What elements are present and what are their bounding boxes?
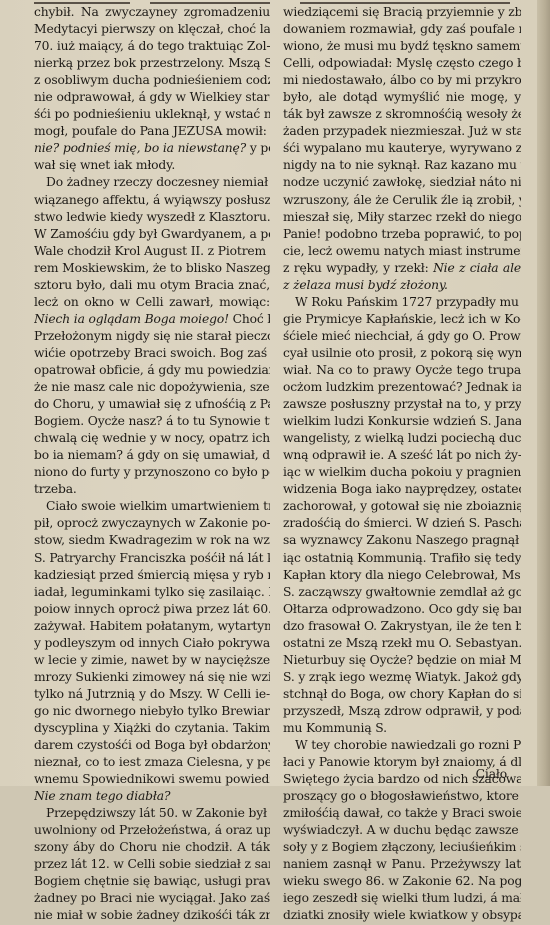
text-line: wićie opotrzeby Braci swoich. Bog zaś ie <box>34 345 270 362</box>
text-line: Bogiem. Oycże nasz? á to tu Synowie twoi <box>34 413 270 430</box>
text-line: niono do furty y przynoszono co było po- <box>34 464 270 481</box>
text-line: śći wypalano mu kauterye, wyrywano zęby, <box>283 140 521 157</box>
text-line: ták był zawsze z skromnośćią wesoły że g… <box>283 106 521 123</box>
text-line: zawsze posłuszny przystał na to, y przy <box>283 396 521 413</box>
text-line: Kapłan ktory dla niego Celebrował, Mszą <box>283 567 521 584</box>
text-line: bo ia niemam? á gdy on się umawiał, dzwo… <box>34 447 270 464</box>
text-line: W Roku Pańskim 1727 przypadły mu dru- <box>283 294 521 311</box>
text-line: dyscyplina y Xiążki do czytania. Takim <box>34 720 270 737</box>
text-line: stwo ledwie kiedy wyszedł z Klasztoru. <box>34 209 270 226</box>
text-line: wzruszony, ále że Cerulik źle ią zrobił,… <box>283 192 521 209</box>
text-line: mu Kommunią S. <box>283 720 521 737</box>
text-line: w lecie y zimie, nawet by w naycięższe <box>34 652 270 669</box>
text-line: gie Prymicye Kapłańskie, lecż ich w Ko- <box>283 311 521 328</box>
text-line: mieszał się, Miły starzec rzekł do niego… <box>283 209 521 226</box>
text-line: nie odprawował, á gdy w Wielkiey staro- <box>34 89 270 106</box>
text-line: Nieturbuy się Oycże? będzie on miał Mszą <box>283 652 521 669</box>
text-line: S. Patryarchy Franciszka pośćił ná lát k… <box>34 550 270 567</box>
text-line: śćiele mieć niechciał, á gdy go O. Prowi… <box>283 328 521 345</box>
text-line: Do żadney rzeczy doczesney niemiał przy- <box>34 174 270 191</box>
text-line: nodze uczynić zawłokę, siedział náto nie <box>283 174 521 191</box>
text-line: S. zacząwszy gwałtownie zemdlał aż go od <box>283 584 521 601</box>
text-line: dowaniem rozmawiał, gdy zaś poufale mo- <box>283 21 521 38</box>
text-line: wiedziącemi się Bracią przyiemnie y zbu- <box>283 4 521 21</box>
text-line: iadał, leguminkami tylko się zasilaiąc. … <box>34 584 270 601</box>
text-line: iąc w wielkim ducha pokoiu y pragnieniu <box>283 464 521 481</box>
text-line: wiał. Na co to prawy Oycże tego trupa <box>283 362 521 379</box>
text-line: mogł, poufale do Pana JEZUSA mowił: Pa- <box>34 123 270 140</box>
text-line: Niech ia oglądam Boga moiego! Choć był <box>34 311 270 328</box>
text-line: z ręku wypadły, y rzekł: Nie z ciała ale <box>283 260 521 277</box>
text-line: ocżom ludzkim prezentować? Jednak iako <box>283 379 521 396</box>
text-line: rem Moskiewskim, że to blisko Naszego Kl… <box>34 260 270 277</box>
text-line: śći po podnieśieniu ukleknął, y wstać ni… <box>34 106 270 123</box>
text-line: wał się wnet iak młody. <box>34 157 270 174</box>
text-line: zachorował, y gotował się nie zboiaznią … <box>283 498 521 515</box>
text-line: żaden przypadek niezmieszał. Już w sta-r… <box>283 123 521 140</box>
text-line: kadziesiąt przed śmiercią mięsa y ryb ni… <box>34 567 270 584</box>
right-column: wiedziącemi się Bracią przyiemnie y zbu-… <box>283 4 521 786</box>
text-line: wiązanego affektu, á wyiąwszy posłuszeń- <box>34 192 270 209</box>
text-line: wiono, że musi mu bydź tęskno samemu w <box>283 38 521 55</box>
text-line: darem czystośći od Boga był obdarżony że <box>34 737 270 754</box>
text-line: opatrował obficie, á gdy mu powiedziano <box>34 362 270 379</box>
text-line: nie? podnieś mię, bo ia niewstanę? y por… <box>34 140 270 157</box>
text-line: Celli, odpowiadał: Myslę często czego by <box>283 55 521 72</box>
text-line: sa wyznawcy Zakonu Naszego pragnął przy- <box>283 532 521 549</box>
text-line: mi niedostawało, álbo co by mi przykro <box>283 72 521 89</box>
text-line: było, ale dotąd wymyślić nie mogę, y <box>283 89 521 106</box>
text-line: Panie! podobno trzeba poprawić, to popra… <box>283 226 521 243</box>
text-line: Ołtarza odprowadzono. Oco gdy się bar- <box>283 601 521 618</box>
text-line: go nic dwornego niebyło tylko Brewiarz, <box>34 703 270 720</box>
text-line: W tey chorobie nawiedzali go rozni Pra- <box>283 737 521 754</box>
text-line: Wale chodził Krol August II. z Piotrem C… <box>34 243 270 260</box>
text-line: widzenia Boga iako nayprędzey, ostateczn… <box>283 481 521 498</box>
text-line: tylko ná Jutrznią y do Mszy. W Celli ie- <box>34 686 270 703</box>
document-page: chybił. Na zwyczayney zgromadzeniuMedyta… <box>0 0 537 786</box>
text-line: wielkim ludzi Konkursie wdzień S. Jana E… <box>283 413 521 430</box>
text-line: cie, lecż owemu natych miast instrumenta <box>283 243 521 260</box>
text-line: chybił. Na zwyczayney zgromadzeniu <box>34 4 270 21</box>
left-column: chybił. Na zwyczayney zgromadzeniuMedyta… <box>34 4 270 786</box>
catchword-container: Ciało <box>283 766 521 783</box>
text-line: Przełożonym nigdy się nie starał pieczoł… <box>34 328 270 345</box>
text-line: trzeba. <box>34 481 270 498</box>
text-line: pił, oprocż zwyczaynych w Zakonie po- <box>34 515 270 532</box>
text-line: lecż on okno w Celli zawarł, mowiąc: <box>34 294 270 311</box>
text-line: zażywał. Habitem połatanym, wytartym <box>34 618 270 635</box>
text-line: dzo frasował O. Zakrystyan, ile że ten b… <box>283 618 521 635</box>
text-line: do Choru, y umawiał się z ufnośćią z Pan… <box>34 396 270 413</box>
text-line: zradośćią do śmierci. W dzień S. Paschal… <box>283 515 521 532</box>
text-line: ostatni ze Mszą rzekł mu O. Sebastyan. <box>283 635 521 652</box>
text-line: nierką przez bok przestrzelony. Mszą S. <box>34 55 270 72</box>
text-line: cyał usilnie oto prosił, z pokorą się wy… <box>283 345 521 362</box>
text-line: z żelaza musi bydź złożony. <box>283 277 521 294</box>
catchword: Ciało <box>283 766 521 783</box>
text-line: nieznał, co to iest zmaza Cielesna, y pe… <box>34 754 270 771</box>
text-line: Medytacyi pierwszy on klęczał, choć lat <box>34 21 270 38</box>
text-line: sztoru było, dali mu otym Bracia znać, <box>34 277 270 294</box>
text-line: Ciało swoie wielkim umartwieniem tra- <box>34 498 270 515</box>
text-line: poiow innych oprocż piwa przez lát 60. n… <box>34 601 270 618</box>
text-line: przyszedł, Mszą zdrow odprawił, y podał <box>283 703 521 720</box>
text-line: że nie masz cale nic dopożywienia, szedł <box>34 379 270 396</box>
text-line: nigdy na to nie syknął. Raz kazano mu w <box>283 157 521 174</box>
text-line: iąc ostatnią Kommunią. Trafiło się tedy … <box>283 550 521 567</box>
text-line: y podleyszym od innych Ciało pokrywał <box>34 635 270 652</box>
text-line: wangelisty, z wielką ludzi pociechą duch… <box>283 430 521 447</box>
text-line: stchnął do Boga, ow chory Kapłan do sieb… <box>283 686 521 703</box>
text-line: stow, siedm Kwadragezim w rok na wzor <box>34 532 270 549</box>
text-line: z osobliwym ducha podnieśieniem codzien- <box>34 72 270 89</box>
text-line: wną odprawił ie. A sześć lát po nich ży- <box>283 447 521 464</box>
text-line: wnemu Spowiednikowi swemu powiedział? <box>34 771 270 786</box>
text-line: mrozy Sukienki zimowey ná się nie wziął <box>34 669 270 686</box>
page-edge <box>537 0 550 786</box>
text-line: chwalą cię wednie y w nocy, opatrz ich, <box>34 430 270 447</box>
text-line: 70. iuż maiący, á do tego traktuiąc Zol- <box>34 38 270 55</box>
text-line: S. y zrąk iego wezmę Wiatyk. Jakoż gdy w… <box>283 669 521 686</box>
text-line: W Zamośćiu gdy był Gwardyanem, a po <box>34 226 270 243</box>
